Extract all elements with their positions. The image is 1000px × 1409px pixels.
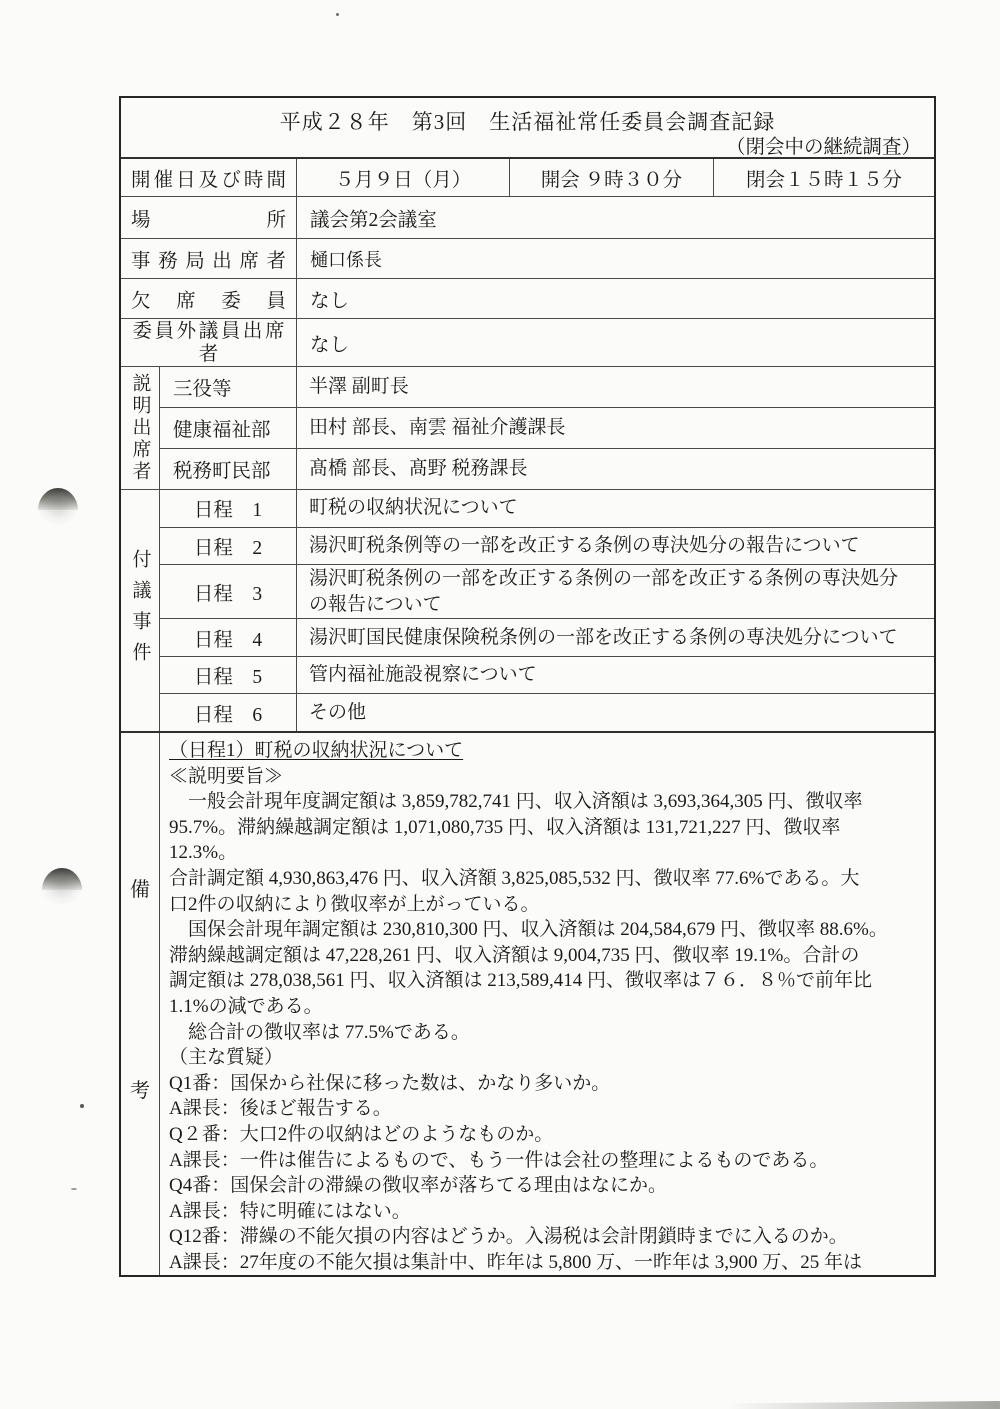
opening-time: 開会 ９時３０分 — [510, 159, 714, 196]
explainer-value: 半澤 副町長 — [297, 367, 934, 407]
remarks-section: 備 考 （日程1）町税の収納状況について ≪説明要旨≫ 一般会計現年度調定額は … — [121, 733, 934, 1275]
place-label-cell: 場所 — [121, 197, 297, 238]
remarks-line: Q1番：国保から社保に移った数は、かなり多いか。 — [169, 1071, 926, 1097]
agenda-group-label: 付議事件 — [127, 549, 154, 673]
agenda-title: 町税の収納状況について — [297, 490, 934, 527]
remarks-line: A課長：27年度の不能欠損は集計中、昨年は 5,800 万、一昨年は 3,900… — [169, 1250, 926, 1276]
schedule-label-cell: 開催日及び時間 — [121, 159, 297, 196]
scanner-edge-shadow — [725, 1401, 1000, 1409]
remarks-line: Q12番：滞繰の不能欠損の内容はどうか。入湯税は会計閉鎖時までに入るのか。 — [169, 1224, 926, 1250]
agenda-row: 日程 2 湯沢町税条例等の一部を改正する条例の専決処分の報告について — [160, 527, 934, 565]
meeting-record-table: 平成２８年 第3回 生活福祉常任委員会調査記録 （閉会中の継続調査） 開催日及び… — [119, 96, 936, 1277]
explainer-label: 税務町民部 — [160, 449, 297, 489]
closing-time: 閉会１５時１５分 — [714, 159, 934, 196]
agenda-section: 付議事件 日程 1 町税の収納状況について 日程 2 湯沢町税条例等の一部を改正… — [121, 490, 934, 733]
remarks-line: 一般会計現年度調定額は 3,859,782,741 円、収入済額は 3,693,… — [169, 789, 926, 815]
agenda-row: 日程 3 湯沢町税条例の一部を改正する条例の一部を改正する条例の専決処分の報告に… — [160, 564, 934, 618]
explainer-row: 健康福祉部 田村 部長、南雲 福祉介護課長 — [160, 407, 934, 448]
remarks-line: A課長：特に明確にはない。 — [169, 1199, 926, 1225]
remarks-line: 調定額は 278,038,561 円、収入済額は 213,589,414 円、徴… — [169, 968, 926, 994]
explainer-value: 田村 部長、南雲 福祉介護課長 — [297, 408, 934, 448]
agenda-title: 湯沢町税条例等の一部を改正する条例の専決処分の報告について — [297, 528, 934, 565]
remarks-line: Q２番：大口2件の収納はどのようなものか。 — [169, 1122, 926, 1148]
scan-speck — [336, 13, 339, 16]
remarks-line: 1.1%の減である。 — [169, 994, 926, 1020]
agenda-title: 湯沢町国民健康保険税条例の一部を改正する条例の専決処分について — [297, 619, 934, 656]
remarks-line: A課長：一件は催告によるもので、もう一件は会社の整理によるものである。 — [169, 1148, 926, 1174]
schedule-label: 開催日及び時間 — [131, 164, 286, 192]
explainers-section: 説明出席者 三役等 半澤 副町長 健康福祉部 田村 部長、南雲 福祉介護課長 税… — [121, 367, 934, 490]
nonmember-value: なし — [297, 319, 934, 366]
remarks-heading: （日程1）町税の収納状況について — [169, 738, 926, 764]
agenda-number: 日程 2 — [160, 528, 297, 565]
remarks-line: 口2件の収納により徴収率が上がっている。 — [169, 892, 926, 918]
title-row: 平成２８年 第3回 生活福祉常任委員会調査記録 （閉会中の継続調査） — [121, 98, 934, 159]
secretariat-value: 樋口係長 — [297, 239, 934, 278]
remarks-line: 合計調定額 4,930,863,476 円、収入済額 3,825,085,532… — [169, 866, 926, 892]
remarks-line: 総合計の徴収率は 77.5%である。 — [169, 1020, 926, 1046]
nonmember-label: 委員外議員出席者 — [133, 320, 285, 366]
absent-members-row: 欠席委員 なし — [121, 279, 934, 319]
remarks-line: Q4番：国保会計の滞繰の徴収率が落ちてる理由はなにか。 — [169, 1173, 926, 1199]
agenda-row: 日程 1 町税の収納状況について — [160, 490, 934, 527]
meeting-date: ５月９日（月） — [297, 159, 510, 196]
remarks-label-top: 備 — [130, 873, 150, 902]
explainer-value: 髙橋 部長、髙野 税務課長 — [297, 449, 934, 489]
agenda-title: 管内福祉施設視察について — [297, 657, 934, 694]
remarks-line: 国保会計現年調定額は 230,810,300 円、収入済額は 204,584,6… — [169, 917, 926, 943]
explainer-row: 税務町民部 髙橋 部長、髙野 税務課長 — [160, 448, 934, 489]
remarks-line: （主な質疑） — [169, 1045, 926, 1071]
remarks-group-label-cell: 備 考 — [121, 733, 160, 1275]
place-value: 議会第2会議室 — [297, 197, 934, 238]
remarks-line: A課長：後ほど報告する。 — [169, 1096, 926, 1122]
scan-speck — [71, 1188, 77, 1190]
agenda-number: 日程 5 — [160, 657, 297, 694]
explainer-label: 三役等 — [160, 367, 297, 407]
schedule-row: 開催日及び時間 ５月９日（月） 開会 ９時３０分 閉会１５時１５分 — [121, 159, 934, 197]
agenda-row: 日程 6 その他 — [160, 693, 934, 731]
remarks-line: 12.3%。 — [169, 840, 926, 866]
remarks-line: 滞納繰越調定額は 47,228,261 円、収入済額は 9,004,735 円、… — [169, 943, 926, 969]
secretariat-label-cell: 事務局出席者 — [121, 239, 297, 278]
agenda-number: 日程 6 — [160, 694, 297, 731]
absent-value: なし — [297, 279, 934, 318]
agenda-title: その他 — [297, 694, 934, 731]
agenda-group-label-cell: 付議事件 — [121, 490, 160, 731]
remarks-line: ≪説明要旨≫ — [169, 764, 926, 790]
secretariat-row: 事務局出席者 樋口係長 — [121, 239, 934, 279]
explainer-label: 健康福祉部 — [160, 408, 297, 448]
place-label: 場所 — [131, 204, 286, 232]
absent-label: 欠席委員 — [131, 285, 286, 313]
scanned-page: 平成２８年 第3回 生活福祉常任委員会調査記録 （閉会中の継続調査） 開催日及び… — [0, 0, 1000, 1409]
agenda-row: 日程 4 湯沢町国民健康保険税条例の一部を改正する条例の専決処分について — [160, 618, 934, 656]
agenda-number: 日程 3 — [160, 565, 297, 618]
agenda-number: 日程 4 — [160, 619, 297, 656]
scan-speck — [80, 1104, 84, 1108]
remarks-line: 95.7%。滞納繰越調定額は 1,071,080,735 円、収入済額は 131… — [169, 815, 926, 841]
agenda-title: 湯沢町税条例の一部を改正する条例の一部を改正する条例の専決処分の報告について — [297, 565, 934, 618]
punch-hole-shadow-bottom — [42, 868, 82, 890]
place-row: 場所 議会第2会議室 — [121, 197, 934, 239]
remarks-label-bottom: 考 — [130, 1074, 150, 1103]
secretariat-label: 事務局出席者 — [131, 245, 286, 273]
absent-label-cell: 欠席委員 — [121, 279, 297, 318]
remarks-body: （日程1）町税の収納状況について ≪説明要旨≫ 一般会計現年度調定額は 3,85… — [160, 733, 934, 1275]
explainers-group-label: 説明出席者 — [127, 373, 154, 483]
explainer-row: 三役等 半澤 副町長 — [160, 367, 934, 407]
nonmember-label-cell: 委員外議員出席者 — [121, 319, 297, 366]
agenda-row: 日程 5 管内福祉施設視察について — [160, 656, 934, 694]
explainers-group-label-cell: 説明出席者 — [121, 367, 160, 489]
nonmember-row: 委員外議員出席者 なし — [121, 319, 934, 367]
document-subtitle: （閉会中の継続調査） — [726, 131, 921, 159]
punch-hole-shadow-top — [38, 488, 78, 510]
agenda-number: 日程 1 — [160, 490, 297, 527]
